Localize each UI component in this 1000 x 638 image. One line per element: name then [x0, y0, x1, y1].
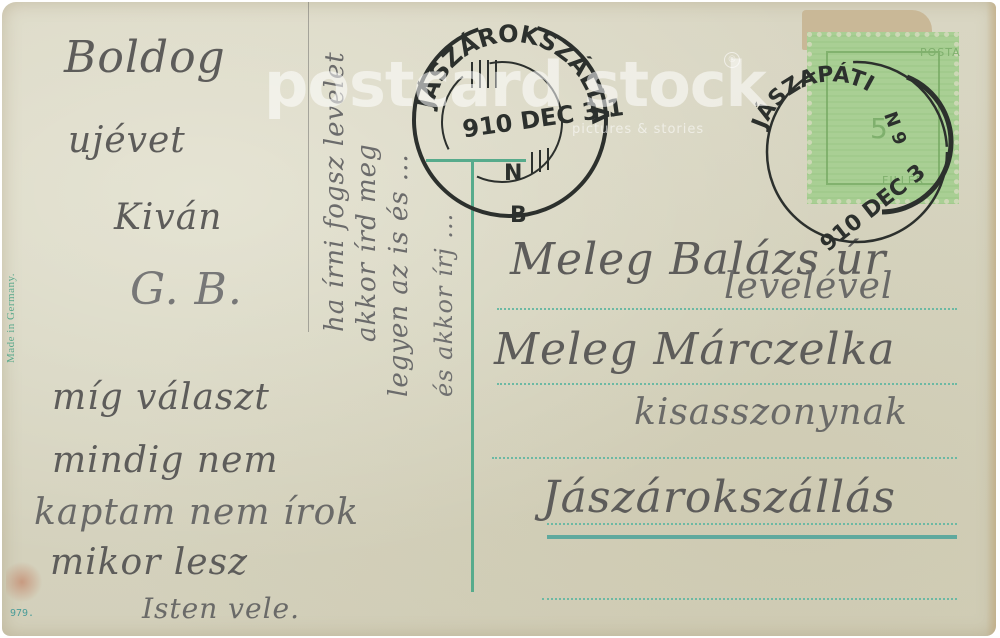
arrival-postmark-date: 910 DEC 3	[816, 160, 931, 257]
watermark-tagline: pictures & stories	[572, 122, 704, 137]
arrival-postmark-time: N 9	[879, 109, 910, 148]
arrival-postmark: JÁSZAPÁTI 910 DEC 3 N 9	[747, 61, 951, 257]
postcard: Made in Germany. 979. Boldog ujévet Kivá…	[2, 2, 996, 636]
departure-postmark-letter: N	[504, 161, 522, 186]
arrival-postmark-ring: JÁSZAPÁTI	[747, 61, 878, 134]
registered-mark-icon: ®	[724, 52, 740, 68]
watermark-brand: postcard stock	[264, 48, 766, 121]
departure-postmark-sub: B	[510, 203, 527, 228]
